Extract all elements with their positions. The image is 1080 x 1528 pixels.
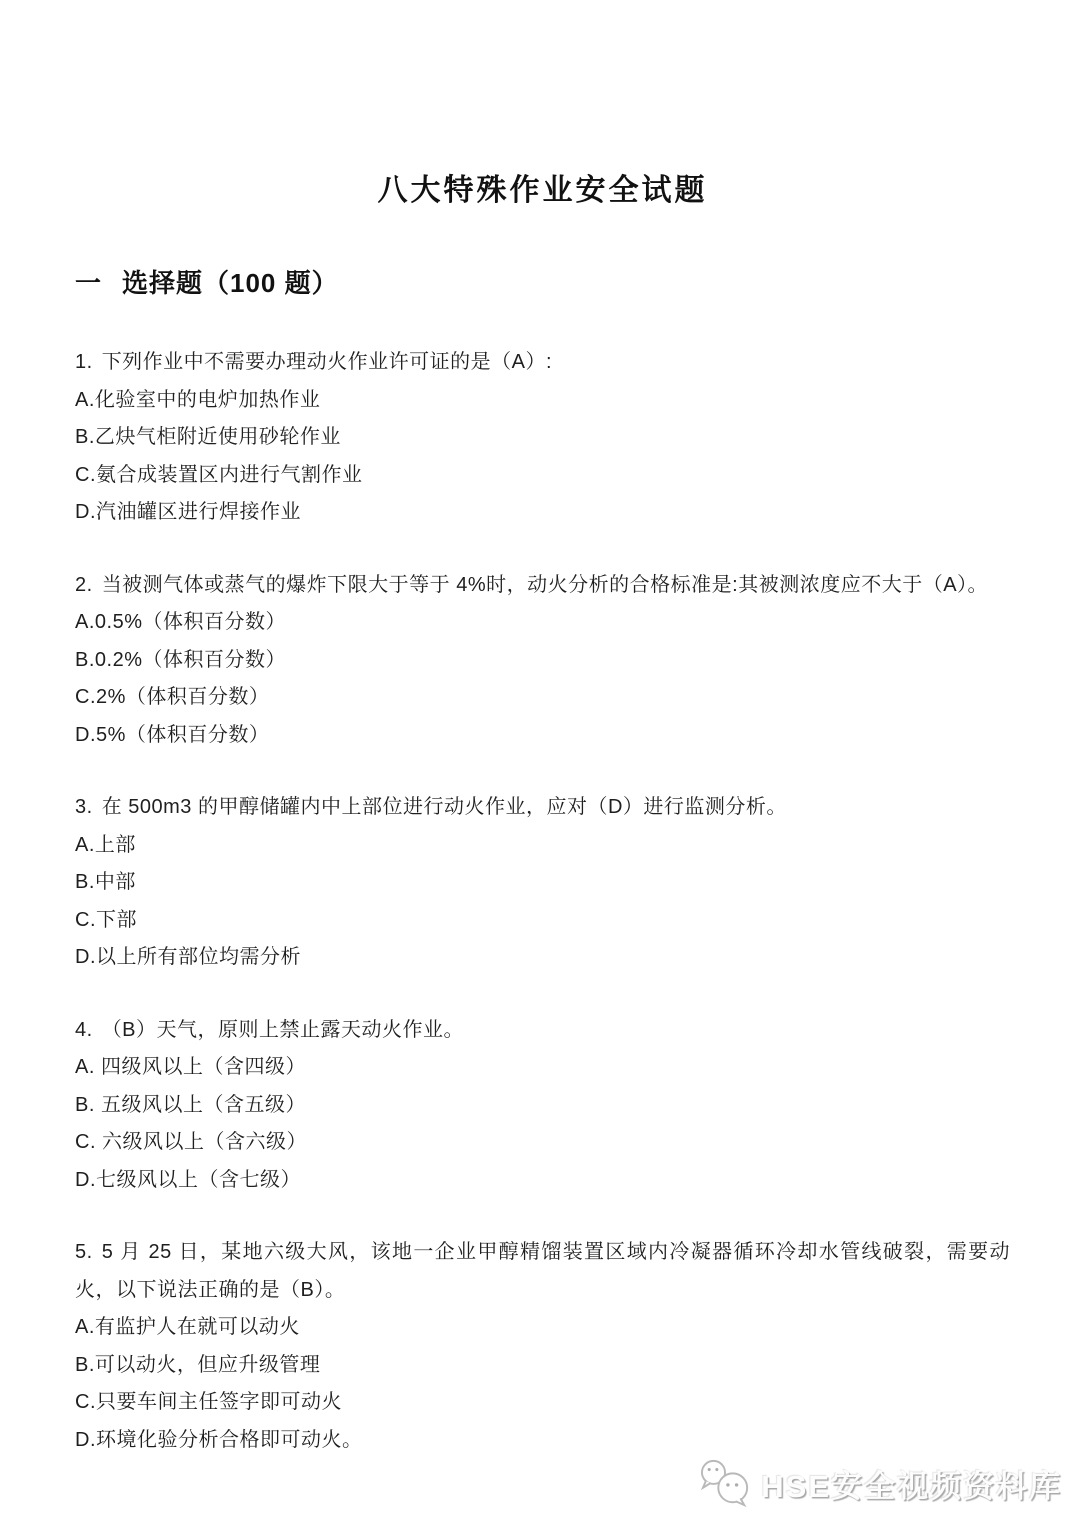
wechat-icon: [697, 1458, 755, 1508]
question-stem-text: （B）天气，原则上禁止露天动火作业。: [102, 1019, 464, 1041]
question-5: 5.5 月 25 日，某地六级大风，该地一企业甲醇精馏装置区域内冷凝器循环冷却水…: [75, 1234, 1010, 1459]
question-4: 4.（B）天气，原则上禁止露天动火作业。 A. 四级风以上（含四级） B. 五级…: [75, 1012, 1010, 1200]
document-page: 八大特殊作业安全试题 一选择题（100 题） 1.下列作业中不需要办理动火作业许…: [0, 0, 1080, 1528]
question-3: 3.在 500m3 的甲醇储罐内中上部位进行动火作业，应对（D）进行监测分析。 …: [75, 789, 1010, 977]
watermark-text: HSE安全视频资料库: [761, 1461, 1062, 1506]
question-number: 3.: [75, 789, 93, 827]
question-option: B.乙炔气柜附近使用砂轮作业: [75, 419, 1010, 457]
question-number: 2.: [75, 567, 93, 605]
question-option: C.2%（体积百分数）: [75, 679, 1010, 717]
question-stem: 1.下列作业中不需要办理动火作业许可证的是（A）:: [75, 344, 1010, 382]
question-number: 1.: [75, 344, 93, 382]
question-number: 5.: [75, 1234, 93, 1272]
question-stem: 5.5 月 25 日，某地六级大风，该地一企业甲醇精馏装置区域内冷凝器循环冷却水…: [75, 1234, 1010, 1309]
question-option: D.七级风以上（含七级）: [75, 1162, 1010, 1200]
question-2: 2.当被测气体或蒸气的爆炸下限大于等于 4%时，动火分析的合格标准是:其被测浓度…: [75, 567, 1010, 755]
question-stem: 3.在 500m3 的甲醇储罐内中上部位进行动火作业，应对（D）进行监测分析。: [75, 789, 1010, 827]
question-stem-text: 下列作业中不需要办理动火作业许可证的是（A）:: [102, 351, 552, 373]
question-option: C. 六级风以上（含六级）: [75, 1124, 1010, 1162]
question-stem: 2.当被测气体或蒸气的爆炸下限大于等于 4%时，动火分析的合格标准是:其被测浓度…: [75, 567, 1010, 605]
question-option: B.0.2%（体积百分数）: [75, 642, 1010, 680]
question-1: 1.下列作业中不需要办理动火作业许可证的是（A）: A.化验室中的电炉加热作业 …: [75, 344, 1010, 532]
question-option: A.化验室中的电炉加热作业: [75, 382, 1010, 420]
question-number: 4.: [75, 1012, 93, 1050]
question-option: A. 四级风以上（含四级）: [75, 1049, 1010, 1087]
question-option: C.氨合成装置区内进行气割作业: [75, 457, 1010, 495]
section-numeral: 一: [75, 263, 102, 300]
question-option: B.可以动火，但应升级管理: [75, 1347, 1010, 1385]
question-option: B. 五级风以上（含五级）: [75, 1087, 1010, 1125]
question-option: D.5%（体积百分数）: [75, 717, 1010, 755]
question-stem: 4.（B）天气，原则上禁止露天动火作业。: [75, 1012, 1010, 1050]
question-option: A.上部: [75, 827, 1010, 865]
section-heading: 一选择题（100 题）: [75, 263, 1010, 300]
section-label: 选择题（100 题）: [122, 268, 339, 298]
question-option: C.只要车间主任签字即可动火: [75, 1384, 1010, 1422]
question-stem-text: 5 月 25 日，某地六级大风，该地一企业甲醇精馏装置区域内冷凝器循环冷却水管线…: [75, 1241, 1010, 1301]
question-option: A.有监护人在就可以动火: [75, 1309, 1010, 1347]
question-option: D.以上所有部位均需分析: [75, 939, 1010, 977]
watermark: HSE安全视频资料库: [697, 1458, 1062, 1508]
page-title: 八大特殊作业安全试题: [75, 165, 1010, 209]
question-option: D.汽油罐区进行焊接作业: [75, 494, 1010, 532]
question-option: C.下部: [75, 902, 1010, 940]
question-stem-text: 在 500m3 的甲醇储罐内中上部位进行动火作业，应对（D）进行监测分析。: [102, 796, 787, 818]
question-option: D.环境化验分析合格即可动火。: [75, 1422, 1010, 1460]
question-option: B.中部: [75, 864, 1010, 902]
question-stem-text: 当被测气体或蒸气的爆炸下限大于等于 4%时，动火分析的合格标准是:其被测浓度应不…: [102, 574, 988, 596]
question-option: A.0.5%（体积百分数）: [75, 604, 1010, 642]
